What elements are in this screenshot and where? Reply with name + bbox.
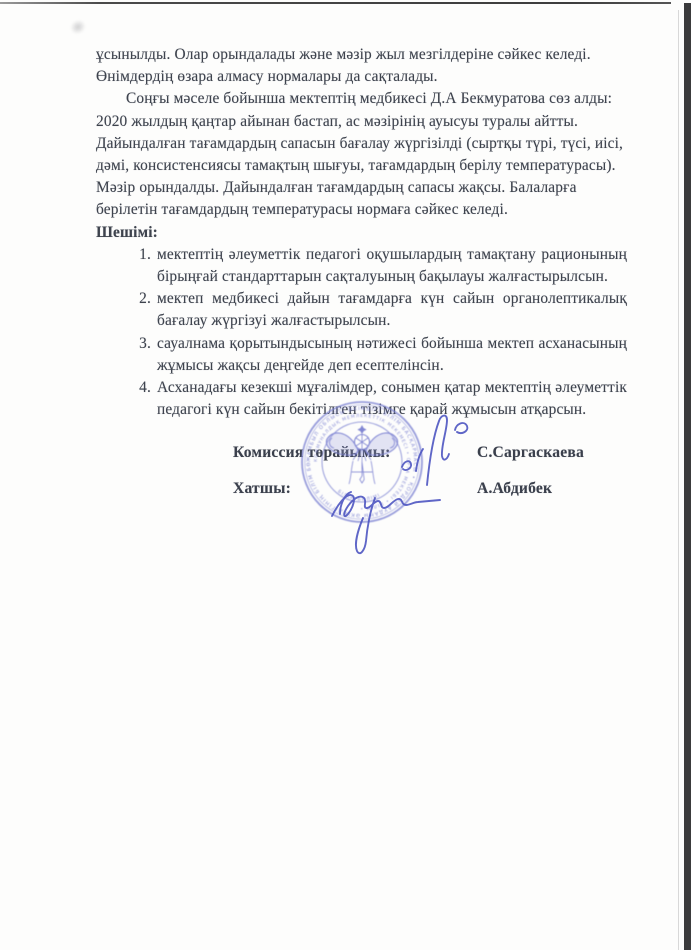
emblem-star	[357, 425, 366, 434]
emblem-right-wing	[366, 433, 398, 455]
signature-name-chair: С.Саргаскаева	[477, 444, 584, 462]
emblem-tassel	[360, 462, 364, 483]
scan-smudge-mark	[68, 17, 89, 37]
decision-item: мектеп медбикесі дайын тағамдарға күн са…	[155, 288, 627, 332]
scan-top-edge-line	[0, 2, 671, 4]
paragraph-main: Соңғы мәселе бойынша мектептің медбикесі…	[96, 88, 627, 221]
document-body: ұсынылды. Олар орындалады және мәзір жыл…	[96, 44, 627, 421]
kazakhstan-emblem-icon	[326, 425, 397, 484]
decision-item: мектептің әлеуметтік педагогі оқушыларды…	[155, 244, 627, 288]
official-stamp: ЖАМБЫЛ ОБЛЫСЫ ӘКІМДІГІ БІЛІМ БАСҚАРМАСЫ …	[285, 390, 485, 560]
scan-right-edge-faint-line	[678, 10, 679, 950]
emblem-left-wing	[326, 433, 358, 455]
scanned-document: { "doc": { "paragraph_continuation": "ұс…	[0, 0, 691, 950]
decision-item: сауалнама қорытындысының нәтижесі бойынш…	[155, 333, 627, 377]
scan-right-edge-bar	[684, 3, 691, 950]
signature-role-secretary: Хатшы:	[233, 480, 291, 498]
decision-heading: Шешімі:	[96, 222, 627, 244]
signature-name-secretary: А.Абдибек	[477, 480, 552, 498]
paragraph-continuation: ұсынылды. Олар орындалады және мәзір жыл…	[96, 44, 627, 88]
